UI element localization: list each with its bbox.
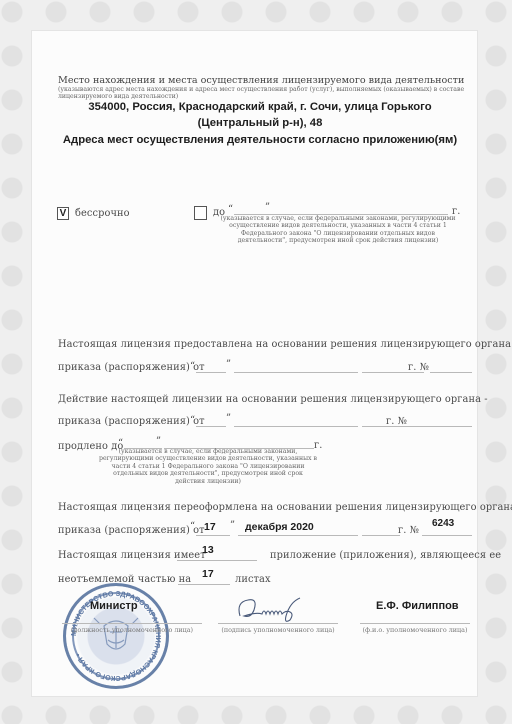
until-quote-open: “	[228, 204, 233, 215]
granted-number-field	[430, 372, 472, 373]
reissued-quote-close: ”	[230, 520, 235, 531]
signature-icon	[232, 592, 322, 626]
reissued-line-1: Настоящая лицензия переоформлена на осно…	[58, 502, 512, 513]
reissued-day-field	[196, 535, 230, 536]
extended-day-field	[196, 426, 226, 427]
address-line-1: 354000, Россия, Краснодарский край, г. С…	[40, 101, 480, 113]
appendix-count-value: 13	[202, 544, 214, 556]
reissued-number-value: 6243	[432, 518, 454, 529]
signature-line	[218, 623, 338, 624]
until-checkbox[interactable]	[194, 206, 207, 220]
extended-line-1: Действие настоящей лицензии на основании…	[58, 394, 488, 405]
address-line-3: Адреса мест осуществления деятельности с…	[40, 134, 480, 146]
name-line	[360, 623, 470, 624]
indefinite-checkbox[interactable]: V	[57, 207, 69, 220]
extended-quote-open: “	[190, 415, 195, 426]
reissued-year-field	[362, 535, 400, 536]
appendix-line-2-suffix: листах	[235, 574, 271, 585]
reissued-month-year-value: декабря 2020	[245, 521, 314, 533]
reissued-number-field	[422, 535, 472, 536]
signatory-name: Е.Ф. Филиппов	[376, 600, 459, 612]
extended-month-year-field	[234, 426, 358, 427]
extended-line-2: приказа (распоряжения) от	[58, 416, 205, 427]
signature-caption: (подпись уполномоченного лица)	[218, 626, 338, 634]
granted-quote-open: “	[190, 361, 195, 372]
location-header-title: Место нахождения и места осуществления л…	[58, 75, 478, 86]
location-header-note: (указываются адрес места нахождения и ад…	[58, 86, 478, 101]
reissued-quote-open: “	[190, 521, 195, 532]
appendix-sheets-value: 17	[202, 568, 214, 580]
position-line	[62, 623, 202, 624]
extended-quote-close: ”	[226, 413, 231, 424]
reissued-line-2: приказа (распоряжения) от	[58, 525, 205, 536]
granted-quote-close: ”	[226, 359, 231, 370]
granted-month-year-field	[234, 372, 358, 373]
granted-day-field	[196, 372, 226, 373]
extended-year-no: г. №	[386, 416, 407, 427]
granted-line-1: Настоящая лицензия предоставлена на осно…	[58, 339, 512, 350]
appendix-line-1-suffix: приложение (приложения), являющееся ее	[270, 550, 501, 561]
prolonged-note: (указывается в случае, если федеральными…	[98, 448, 318, 485]
signatory-position: Министр	[90, 600, 138, 612]
position-caption: (должность уполномоченного лица)	[62, 626, 202, 634]
until-note: (указывается в случае, если федеральными…	[220, 215, 456, 245]
until-quote-close: ”	[265, 202, 270, 213]
reissued-year-no: г. №	[398, 525, 419, 536]
address-line-2: (Центральный р-н), 48	[40, 117, 480, 129]
extended-number-field	[412, 426, 472, 427]
reissued-month-year-field	[238, 535, 358, 536]
appendix-count-field	[177, 560, 257, 561]
appendix-sheets-field	[178, 584, 230, 585]
indefinite-label: бессрочно	[75, 208, 130, 219]
granted-year-no: г. №	[408, 362, 429, 373]
prolonged-quote-close: ”	[156, 436, 161, 447]
name-caption: (ф.и.о. уполномоченного лица)	[360, 626, 470, 634]
reissued-day-value: 17	[204, 521, 216, 533]
granted-line-2: приказа (распоряжения) от	[58, 362, 205, 373]
official-stamp: МИНИСТЕРСТВО ЗДРАВООХРАНЕНИЯ КРАСНОДАРСК…	[63, 583, 169, 689]
